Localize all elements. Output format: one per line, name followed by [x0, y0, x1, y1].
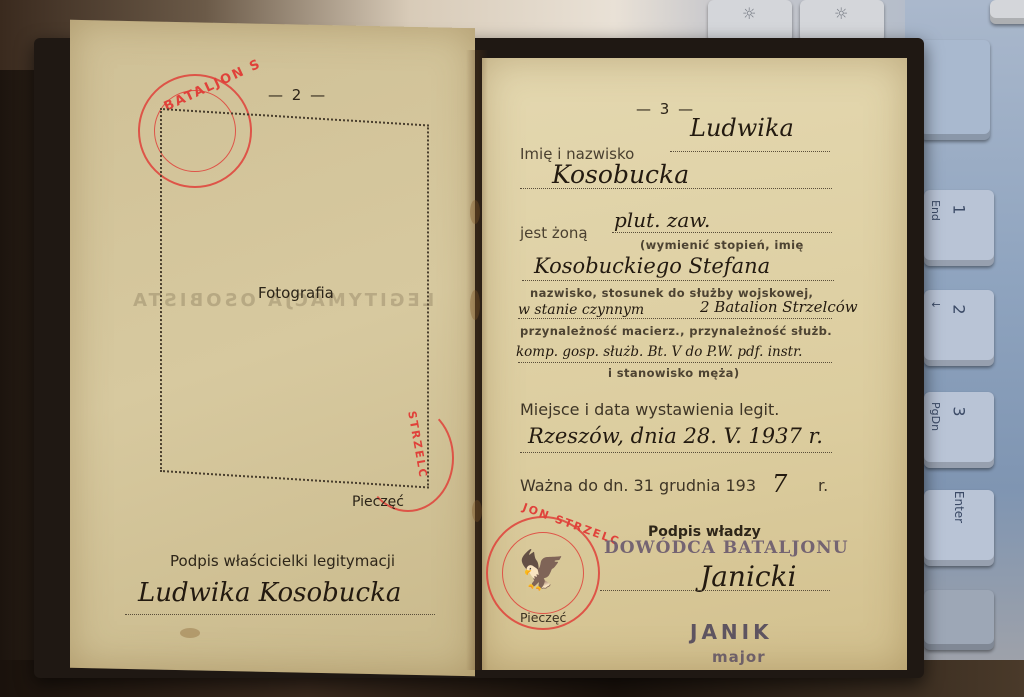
- authority-signature: Janicki: [700, 560, 797, 593]
- paper-stain: [180, 628, 200, 638]
- paper-stain: [470, 290, 480, 320]
- keyboard-key-partial: [920, 40, 990, 140]
- page-number-left: — 2 —: [268, 86, 327, 104]
- issue-dotted-line: [520, 452, 832, 453]
- spouse-rank-value: plut. zaw.: [614, 208, 710, 232]
- paper-stain: [472, 500, 482, 522]
- issue-place-date-label: Miejsce i data wystawienia legit.: [520, 400, 779, 419]
- first-name-value: Ludwika: [690, 114, 794, 142]
- authority-stamp-title: DOWÓDCA BATALJONU: [604, 538, 849, 558]
- last-name-value: Kosobucka: [552, 160, 689, 189]
- hint-rank-name: (wymienić stopień, imię: [640, 238, 804, 252]
- keyboard-key-enter: Enter: [924, 490, 994, 566]
- signature-line: [125, 614, 435, 615]
- down-arrow-icon: ↓: [929, 300, 942, 309]
- photo-label: Fotografia: [258, 284, 334, 302]
- brightness-up-icon: ☼: [834, 4, 848, 23]
- keyboard-key-1-end: 1 End: [924, 190, 994, 266]
- spouse-label: jest żoną: [520, 224, 588, 242]
- unit-value: 2 Batalion Strzelców: [700, 298, 858, 316]
- eagle-emblem-icon: 🦅: [518, 548, 558, 592]
- position-dotted-line: [518, 362, 832, 363]
- position-value: komp. gosp. służb. Bt. V do P.W. pdf. in…: [516, 344, 802, 360]
- stamp-label-left: Pieczęć: [352, 494, 404, 510]
- spouse-name-value: Kosobuckiego Stefana: [534, 254, 770, 278]
- keyboard-key-partial: [924, 590, 994, 650]
- booklet-spine: [466, 50, 488, 670]
- key-sublabel: PgDn: [929, 402, 942, 431]
- stamp-label-right: Pieczęć: [520, 610, 566, 625]
- valid-until-label: Ważna do dn. 31 grudnia 193: [520, 476, 756, 495]
- service-status-value: w stanie czynnym: [518, 302, 644, 318]
- keyboard-key-partial: [990, 0, 1024, 24]
- keyboard-key-2-down: 2 ↓: [924, 290, 994, 366]
- hint-affiliation: przynależność macierz., przynależność sł…: [520, 324, 832, 338]
- hint-husband-position: i stanowisko męża): [608, 366, 739, 380]
- authority-rank: major: [712, 648, 766, 666]
- key-label: Enter: [952, 472, 966, 542]
- name-dotted-line: [670, 151, 830, 152]
- authority-dotted-line: [600, 590, 830, 591]
- paper-stain: [470, 200, 480, 224]
- valid-until-suffix: r.: [818, 476, 828, 495]
- key-sublabel: End: [929, 200, 942, 221]
- key-label: 1: [950, 175, 969, 245]
- owner-signature-label: Podpis właścicielki legitymacji: [170, 552, 395, 570]
- unit-dotted-line: [518, 318, 832, 319]
- issue-place-date-value: Rzeszów, dnia 28. V. 1937 r.: [528, 424, 823, 448]
- keyboard-key-3-pgdn: 3 PgDn: [924, 392, 994, 468]
- last-name-dotted-line: [520, 188, 832, 189]
- valid-year-digit: 7: [772, 470, 787, 498]
- owner-signature: Ludwika Kosobucka: [138, 578, 401, 608]
- key-label: 2: [950, 275, 969, 345]
- page-number-right: — 3 —: [636, 100, 695, 118]
- spouse-name-dotted-line: [522, 280, 834, 281]
- brightness-down-icon: ☼: [742, 4, 756, 23]
- authority-name: JANIK: [690, 620, 773, 644]
- key-label: 3: [950, 377, 969, 447]
- spouse-dotted-line: [612, 232, 832, 233]
